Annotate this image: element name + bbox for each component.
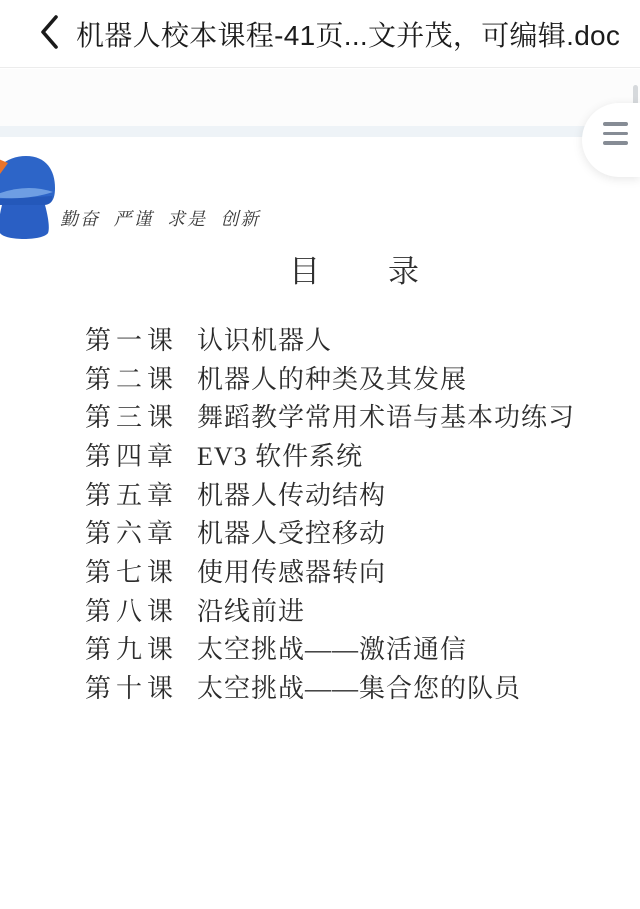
toc-entry: 第四章 EV3 软件系统 [85, 435, 632, 474]
toc-entry-title: 太空挑战——激活通信 [197, 629, 467, 666]
toc-entry-label: 第九课 [85, 629, 197, 666]
toc-entry: 第八课 沿线前进 [85, 590, 632, 629]
toc-entry-title: 机器人传动结构 [197, 475, 386, 512]
toc-entry: 第七课 使用传感器转向 [85, 551, 632, 590]
toc-entry-label: 第三课 [85, 397, 197, 434]
chevron-left-icon [38, 14, 60, 53]
toc-entry-label: 第六章 [85, 513, 197, 550]
toc-entry-label: 第一课 [85, 320, 197, 357]
toc-entry-title: 使用传感器转向 [197, 552, 386, 589]
toc-entry-label: 第七课 [85, 552, 197, 589]
school-motto: 勤奋 严谨 求是 创新 [60, 205, 261, 231]
hamburger-icon [603, 122, 628, 145]
toc-entry-title: 沿线前进 [197, 591, 305, 628]
toc-entry-title: 机器人的种类及其发展 [197, 359, 467, 396]
school-logo-icon [0, 154, 58, 244]
toc-entry: 第三课 舞蹈教学常用术语与基本功练习 [85, 396, 632, 435]
back-button[interactable] [34, 14, 64, 54]
toc-list: 第一课 认识机器人 第二课 机器人的种类及其发展 第三课 舞蹈教学常用术语与基本… [85, 319, 632, 706]
toc-entry-title: 机器人受控移动 [197, 513, 386, 550]
toc-entry-label: 第二课 [85, 359, 197, 396]
toc-title: 目 录 [70, 246, 640, 291]
document-title: 机器人校本课程-41页...文并茂，可编辑.doc [76, 14, 620, 54]
toc-entry-title: 认识机器人 [197, 320, 332, 357]
toc-entry: 第五章 机器人传动结构 [85, 474, 632, 513]
toc-entry: 第六章 机器人受控移动 [85, 512, 632, 551]
app-header: 机器人校本课程-41页...文并茂，可编辑.doc [0, 0, 640, 68]
toc-entry-title: EV3 软件系统 [197, 436, 363, 473]
toc-entry: 第九课 太空挑战——激活通信 [85, 629, 632, 668]
toc-entry-label: 第八课 [85, 591, 197, 628]
document-viewer: 勤奋 严谨 求是 创新 目 录 第一课 认识机器人 第二课 机器人的种类及其发展… [0, 69, 640, 909]
toc-entry: 第一课 认识机器人 [85, 319, 632, 358]
document-page: 勤奋 严谨 求是 创新 目 录 第一课 认识机器人 第二课 机器人的种类及其发展… [0, 69, 640, 909]
toc-entry: 第十课 太空挑战——集合您的队员 [85, 667, 632, 706]
toc-entry: 第二课 机器人的种类及其发展 [85, 358, 632, 397]
toc-entry-title: 太空挑战——集合您的队员 [197, 668, 521, 705]
toc-entry-title: 舞蹈教学常用术语与基本功练习 [197, 397, 575, 434]
toc-entry-label: 第十课 [85, 668, 197, 705]
toc-entry-label: 第四章 [85, 436, 197, 473]
toc-entry-label: 第五章 [85, 475, 197, 512]
